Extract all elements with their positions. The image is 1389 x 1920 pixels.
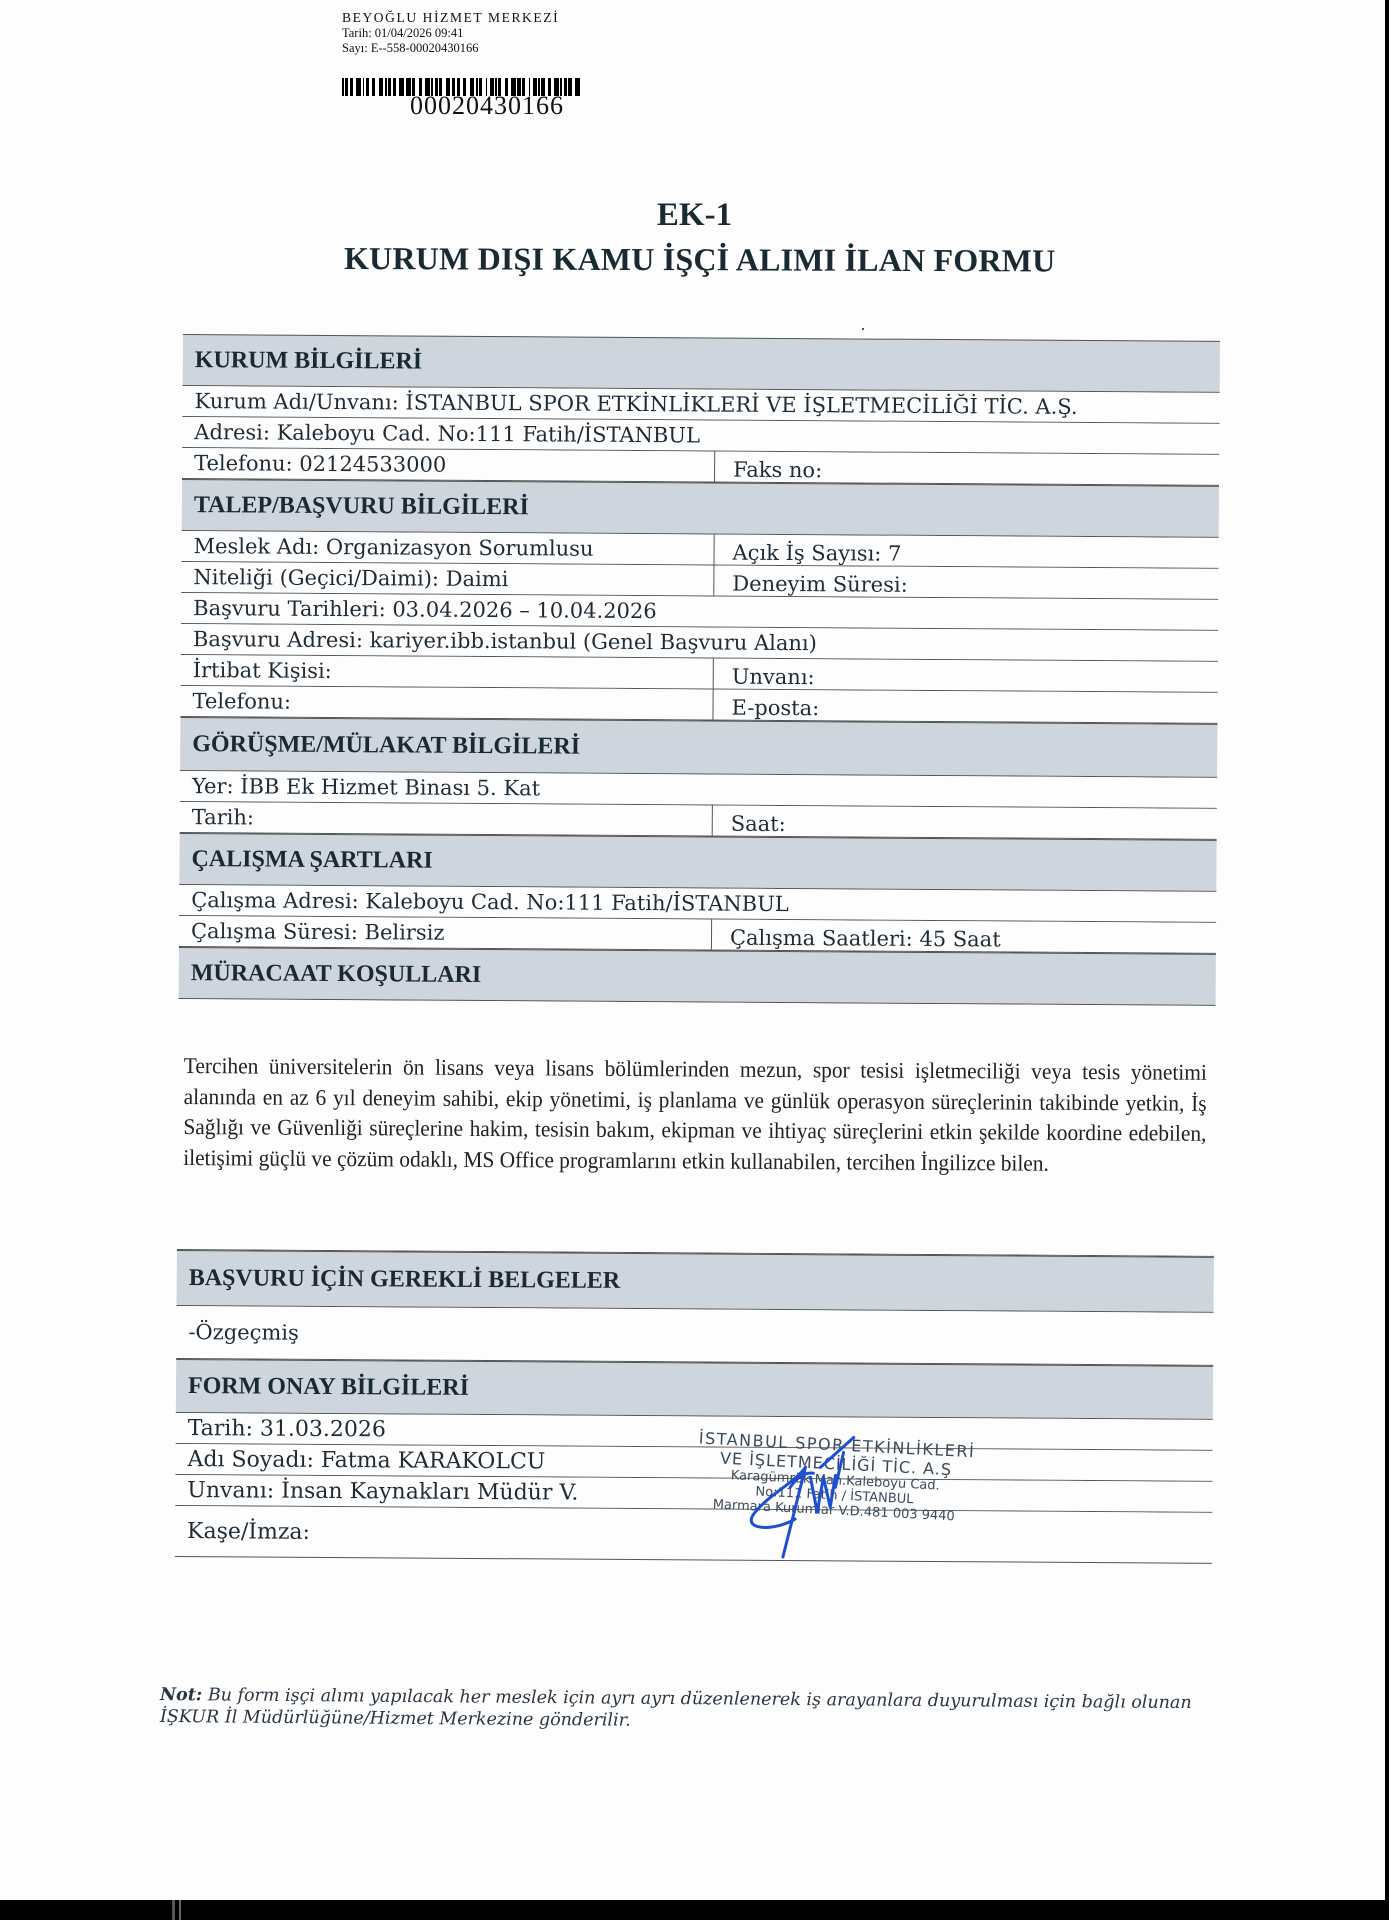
contact-title: Unvanı: — [714, 659, 1218, 692]
interview-date: Tarih: — [180, 802, 713, 836]
page-title: KURUM DIŞI KAMU İŞÇİ ALIMI İLAN FORMU — [344, 240, 1056, 279]
section-gorusme-heading: GÖRÜŞME/MÜLAKAT BİLGİLERİ — [180, 717, 1217, 778]
section-talep-heading: TALEP/BAŞVURU BİLGİLERİ — [182, 479, 1219, 538]
work-hours: Çalışma Saatleri: 45 Saat — [712, 920, 1216, 953]
institution-address: Adresi: Kaleboyu Cad. No:111 Fatih/İSTAN… — [182, 420, 1219, 451]
required-document-item: -Özgeçmiş — [176, 1306, 1213, 1366]
stamp-number: Sayı: E--558-00020430166 — [342, 41, 559, 56]
signature-icon — [735, 1427, 876, 1568]
application-conditions: Tercihen üniversitelerin ön lisans veya … — [177, 999, 1213, 1256]
section-muracaat-heading: MÜRACAAT KOŞULLARI — [179, 947, 1216, 1006]
experience-duration: Deneyim Süresi: — [714, 566, 1218, 599]
application-address: Başvuru Adresi: kariyer.ibb.istanbul (Ge… — [181, 627, 1218, 658]
institution-fax: Faks no: — [715, 452, 1219, 485]
section-onay-heading: FORM ONAY BİLGİLERİ — [176, 1359, 1213, 1420]
interview-time: Saat: — [713, 806, 1217, 839]
work-address: Çalışma Adresi: Kaleboyu Cad. No:111 Fat… — [179, 888, 1216, 919]
institution-name: Kurum Adı/Unvanı: İSTANBUL SPOR ETKİNLİK… — [182, 389, 1219, 420]
scanned-page: BEYOĞLU HİZMET MERKEZİ Tarih: 01/04/2026… — [0, 0, 1385, 1900]
contact-email: E-posta: — [713, 690, 1217, 723]
interview-place: Yer: İBB Ek Hizmet Binası 5. Kat — [180, 774, 1217, 805]
section-calisma-heading: ÇALIŞMA ŞARTLARI — [179, 833, 1216, 892]
seal-signature-label: Kaşe/İmza: — [175, 1506, 1212, 1564]
contact-phone: Telefonu: — [180, 686, 713, 720]
barcode-number: 00020430166 — [410, 94, 564, 118]
scan-edge-bottom — [0, 1900, 1389, 1920]
registry-stamp: BEYOĞLU HİZMET MERKEZİ Tarih: 01/04/2026… — [342, 10, 559, 56]
scan-edge-right — [1385, 250, 1389, 1920]
speck — [862, 328, 864, 330]
announcement-form: KURUM BİLGİLERİ Kurum Adı/Unvanı: İSTANB… — [175, 334, 1220, 1564]
job-nature: Niteliği (Geçici/Daimi): Daimi — [181, 562, 714, 596]
contact-person: İrtibat Kişisi: — [181, 655, 714, 689]
section-kurum-heading: KURUM BİLGİLERİ — [183, 334, 1220, 393]
occupation-name: Meslek Adı: Organizasyon Sorumlusu — [181, 531, 714, 565]
work-duration: Çalışma Süresi: Belirsiz — [179, 916, 712, 950]
stamp-office: BEYOĞLU HİZMET MERKEZİ — [342, 10, 559, 26]
section-belgeler-heading: BAŞVURU İÇİN GEREKLİ BELGELER — [177, 1250, 1214, 1313]
footnote-text: Bu form işçi alımı yapılacak her meslek … — [160, 1685, 1192, 1730]
open-positions: Açık İş Sayısı: 7 — [714, 535, 1218, 568]
scan-mark — [172, 1900, 175, 1920]
footnote: Not: Bu form işçi alımı yapılacak her me… — [160, 1684, 1220, 1736]
institution-phone: Telefonu: 02124533000 — [182, 448, 715, 482]
application-dates: Başvuru Tarihleri: 03.04.2026 – 10.04.20… — [181, 596, 1218, 627]
approval-block: Tarih: 31.03.2026 Adı Soyadı: Fatma KARA… — [175, 1413, 1213, 1564]
footnote-label: Not: — [160, 1685, 202, 1705]
stamp-date: Tarih: 01/04/2026 09:41 — [342, 26, 559, 41]
annex-label: EK-1 — [0, 197, 1389, 234]
scan-mark — [179, 1900, 181, 1920]
